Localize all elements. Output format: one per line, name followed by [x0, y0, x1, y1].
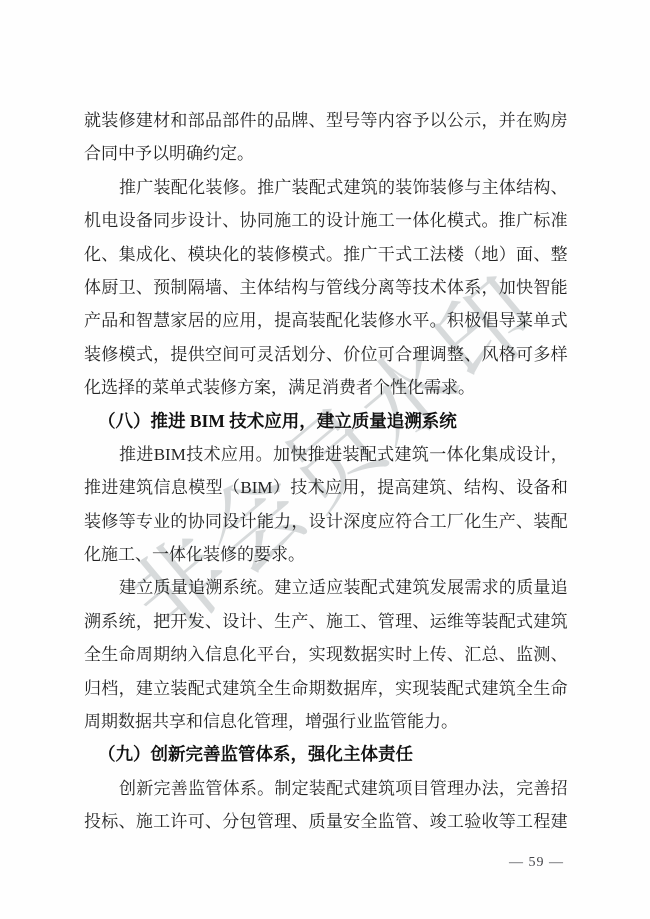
text-line: 合同中予以明确约定。 — [84, 137, 568, 170]
text-line: 全生命周期纳入信息化平台，实现数据实时上传、汇总、监测、 — [84, 638, 568, 671]
text-line: 装修模式，提供空间可灵活划分、价位可合理调整、风格可多样 — [84, 338, 568, 371]
text-line: 化施工、一体化装修的要求。 — [84, 538, 568, 571]
text-line: 溯系统，把开发、设计、生产、施工、管理、运维等装配式建筑 — [84, 605, 568, 638]
text-line: 建立质量追溯系统。建立适应装配式建筑发展需求的质量追 — [84, 571, 568, 604]
text-line: 化、集成化、模块化的装修模式。推广干式工法楼（地）面、整 — [84, 238, 568, 271]
text-line: 创新完善监管体系。制定装配式建筑项目管理办法，完善招 — [84, 772, 568, 805]
section-heading: （八）推进 BIM 技术应用，建立质量追溯系统 — [84, 405, 568, 438]
page-number: — 59 — — [509, 855, 564, 871]
text-line: 周期数据共享和信息化管理，增强行业监管能力。 — [84, 705, 568, 738]
text-block: 就装修建材和部品部件的品牌、型号等内容予以公示，并在购房合同中予以明确约定。推广… — [84, 104, 568, 839]
text-line: 体厨卫、预制隔墙、主体结构与管线分离等技术体系，加快智能 — [84, 271, 568, 304]
text-line: 推进建筑信息模型（BIM）技术应用，提高建筑、结构、设备和 — [84, 471, 568, 504]
text-line: 归档，建立装配式建筑全生命期数据库，实现装配式建筑全生命 — [84, 672, 568, 705]
text-line: 投标、施工许可、分包管理、质量安全监管、竣工验收等工程建 — [84, 805, 568, 838]
text-line: 机电设备同步设计、协同施工的设计施工一体化模式。推广标准 — [84, 204, 568, 237]
section-heading: （九）创新完善监管体系，强化主体责任 — [84, 738, 568, 771]
text-line: 产品和智慧家居的应用，提高装配化装修水平。积极倡导菜单式 — [84, 304, 568, 337]
text-line: 就装修建材和部品部件的品牌、型号等内容予以公示，并在购房 — [84, 104, 568, 137]
document-page: { "page": { "watermark": "非会员水印", "page_… — [0, 0, 650, 919]
text-line: 推广装配化装修。推广装配式建筑的装饰装修与主体结构、 — [84, 171, 568, 204]
text-line: 推进BIM技术应用。加快推进装配式建筑一体化集成设计， — [84, 438, 568, 471]
text-line: 装修等专业的协同设计能力，设计深度应符合工厂化生产、装配 — [84, 505, 568, 538]
text-line: 化选择的菜单式装修方案，满足消费者个性化需求。 — [84, 371, 568, 404]
